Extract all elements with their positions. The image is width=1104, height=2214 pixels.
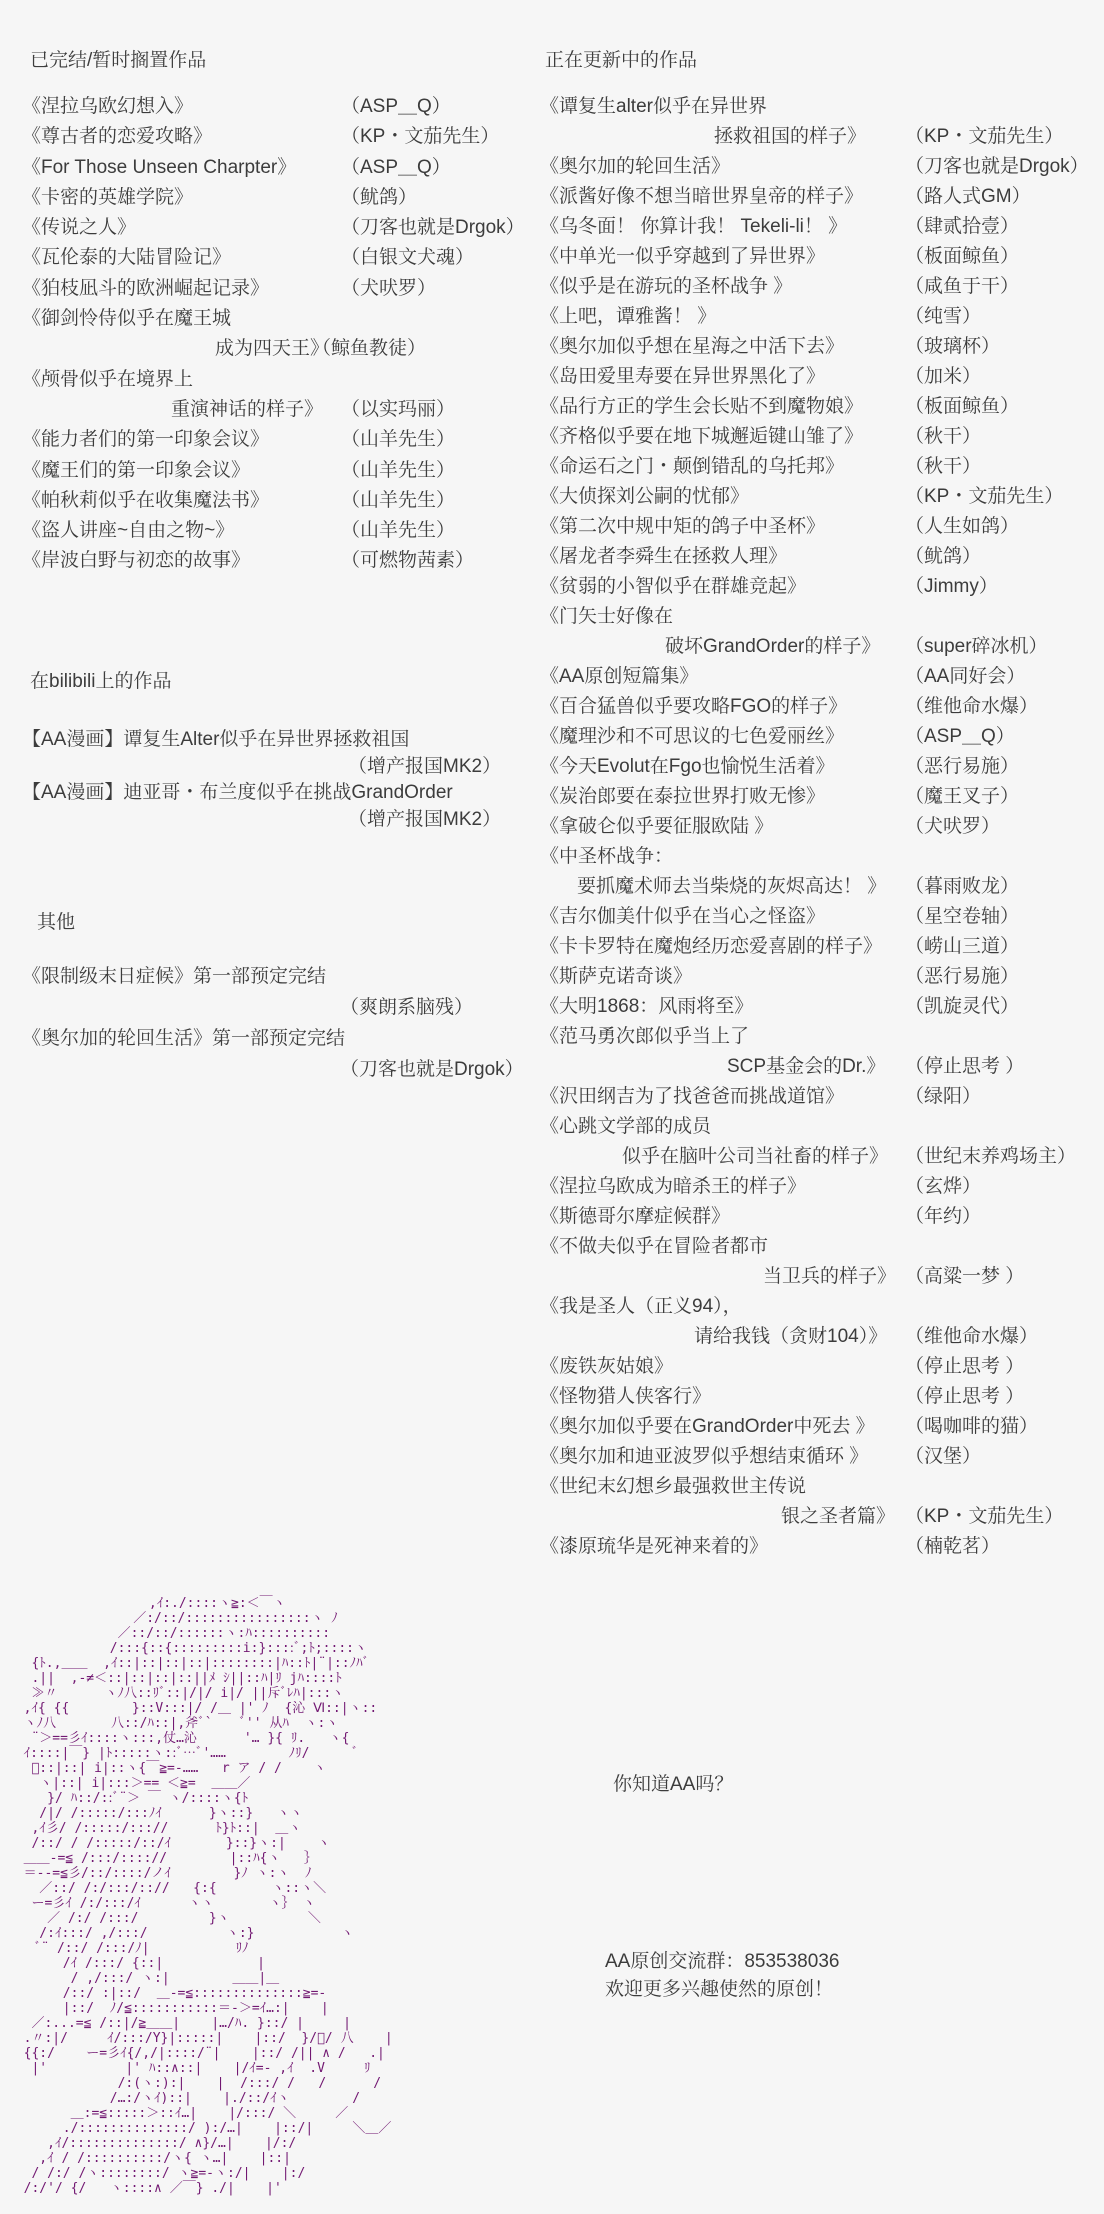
work-row: 《大侦探刘公嗣的忧郁》（KP・文茄先生） bbox=[540, 482, 1104, 512]
work-row: 《奥尔加的轮回生活》第一部预定完结 bbox=[22, 1023, 538, 1054]
work-title: 《命运石之门・颠倒错乱的乌托邦》 bbox=[540, 452, 844, 482]
work-row: （爽朗系脑残） bbox=[22, 992, 538, 1023]
work-row: 《屠龙者李舜生在拯救人理》（鱿鸽） bbox=[540, 542, 1104, 572]
work-row: 《能力者们的第一印象会议》（山羊先生） bbox=[22, 425, 538, 455]
work-row: 《涅拉乌欧成为暗杀王的样子》（玄烨） bbox=[540, 1172, 1104, 1202]
work-row: 《奥尔加的轮回生活》（刀客也就是Drgok） bbox=[540, 152, 1104, 182]
work-title: 《我是圣人（正义94）， bbox=[540, 1292, 742, 1322]
work-title: 《怪物猎人侠客行》 bbox=[540, 1382, 711, 1412]
work-author: （犬吠罗） bbox=[905, 812, 1000, 842]
ascii-art-character: ,ｲ:./::::ヽ≧:＜￣ヽ ／:/::/::::::::::::::::ヽ … bbox=[8, 1596, 393, 2196]
work-title: 《大侦探刘公嗣的忧郁》 bbox=[540, 482, 749, 512]
work-title: 《奥尔加似乎要在GrandOrder中死去 》 bbox=[540, 1412, 875, 1442]
work-row: 《传说之人》（刀客也就是Drgok） bbox=[22, 213, 538, 243]
work-row: 《上吧，谭雅酱！ 》（纯雪） bbox=[540, 302, 1104, 332]
work-row: 《乌冬面！ 你算计我！ Tekeli-li！ 》（肆贰拾壹） bbox=[540, 212, 1104, 242]
work-author: （ASP＿Q） bbox=[341, 92, 451, 122]
work-row: （增产报国MK2） bbox=[22, 754, 538, 781]
work-row: 《齐格似乎要在地下城邂逅键山雏了》（秋干） bbox=[540, 422, 1104, 452]
work-row: 《怪物猎人侠客行》（停止思考 ） bbox=[540, 1382, 1104, 1412]
work-title: 《品行方正的学生会长贴不到魔物娘》 bbox=[540, 392, 863, 422]
work-author: （汉堡） bbox=[905, 1442, 981, 1472]
work-title: 《贫弱的小智似乎在群雄竞起》 bbox=[540, 572, 806, 602]
work-row: 《岛田爱里寿要在异世界黑化了》（加米） bbox=[540, 362, 1104, 392]
work-title: 《今天Evolut在Fgo也愉悦生活着》 bbox=[540, 752, 835, 782]
work-title: 《中单光一似乎穿越到了异世界》 bbox=[540, 242, 825, 272]
work-row: 《瓦伦泰的大陆冒险记》（白银文犬魂） bbox=[22, 243, 538, 273]
work-row: 《世纪末幻想乡最强救世主传说 bbox=[540, 1472, 1104, 1502]
work-author: （super碎冰机） bbox=[905, 632, 1048, 662]
work-title: 《齐格似乎要在地下城邂逅键山雏了》 bbox=[540, 422, 863, 452]
work-row: （增产报国MK2） bbox=[22, 807, 538, 834]
work-title: 《颅骨似乎在境界上 bbox=[22, 365, 193, 395]
qq-group: AA原创交流群：853538036 bbox=[605, 1946, 839, 1973]
work-title: 《百合猛兽似乎要攻略FGO的样子》 bbox=[540, 692, 847, 722]
work-author: （玻璃杯） bbox=[905, 332, 1000, 362]
work-row: 要抓魔术师去当柴烧的灰烬高达！ 》（暮雨败龙） bbox=[540, 872, 1104, 902]
work-author: （玄烨） bbox=[905, 1172, 981, 1202]
work-author: （可燃物茜素） bbox=[341, 546, 474, 576]
work-title: 《斯德哥尔摩症候群》 bbox=[540, 1202, 730, 1232]
work-title: 《For Those Unseen Charpter》 bbox=[22, 153, 296, 183]
work-row: 《漆原琉华是死神来着的》（楠乾茗） bbox=[540, 1532, 1104, 1562]
work-row: 《御剑怜侍似乎在魔王城 bbox=[22, 304, 538, 334]
work-title: 《魔王们的第一印象会议》 bbox=[22, 456, 250, 486]
work-author: （山羊先生） bbox=[341, 456, 455, 486]
work-title: 《大明1868：风雨将至》 bbox=[540, 992, 753, 1022]
work-title: 《尊古者的恋爱攻略》 bbox=[22, 122, 212, 152]
work-title: 《拿破仑似乎要征服欧陆 》 bbox=[540, 812, 773, 842]
work-title: 《卡卡罗特在魔炮经历恋爱喜剧的样子》 bbox=[540, 932, 882, 962]
work-title: 《范马勇次郎似乎当上了 bbox=[540, 1022, 749, 1052]
work-title: 【AA漫画】谭复生Alter似乎在异世界拯救祖国 bbox=[22, 727, 409, 754]
work-title: 《吉尔伽美什似乎在当心之怪盗》 bbox=[540, 902, 825, 932]
work-title: 似乎在脑叶公司当社畜的样子》 bbox=[622, 1142, 888, 1172]
work-row: 《卡卡罗特在魔炮经历恋爱喜剧的样子》（崂山三道） bbox=[540, 932, 1104, 962]
work-author: （路人式GM） bbox=[905, 182, 1031, 212]
work-author: （鱿鸽） bbox=[341, 183, 417, 213]
work-title: 银之圣者篇》 bbox=[781, 1502, 895, 1532]
work-row: 拯救祖国的样子》（KP・文茄先生） bbox=[540, 122, 1104, 152]
work-row: 《岸波白野与初恋的故事》（可燃物茜素） bbox=[22, 546, 538, 576]
work-row: 《门矢士好像在 bbox=[540, 602, 1104, 632]
work-row: 《大明1868：风雨将至》（凯旋灵代） bbox=[540, 992, 1104, 1022]
work-author: （绿阳） bbox=[905, 1082, 981, 1112]
work-title: 《第二次中规中矩的鸽子中圣杯》 bbox=[540, 512, 825, 542]
work-title: 要抓魔术师去当柴烧的灰烬高达！ 》 bbox=[577, 872, 886, 902]
work-title: 《狛枝凪斗的欧洲崛起记录》 bbox=[22, 274, 269, 304]
completed-section-header: 已完结/暂时搁置作品 bbox=[30, 45, 206, 72]
page: { "page": {"bg": "#f6f6f6", "fg": "#3c3c… bbox=[0, 0, 1104, 2214]
work-row: 《中圣杯战争： bbox=[540, 842, 1104, 872]
work-author: （凯旋灵代） bbox=[905, 992, 1019, 1022]
work-row: 《似乎是在游玩的圣杯战争 》（咸鱼于干） bbox=[540, 272, 1104, 302]
work-author: （咸鱼于干） bbox=[905, 272, 1019, 302]
work-author: （维他命水爆） bbox=[905, 1322, 1038, 1352]
work-row: 《炭治郎要在泰拉世界打败无惨》（魔王叉子） bbox=[540, 782, 1104, 812]
work-row: 《我是圣人（正义94）， bbox=[540, 1292, 1104, 1322]
work-title: 《限制级末日症候》第一部预定完结 bbox=[22, 961, 326, 992]
work-author: （维他命水爆） bbox=[905, 692, 1038, 722]
work-title: 【AA漫画】迪亚哥・布兰度似乎在挑战GrandOrder bbox=[22, 780, 453, 807]
work-title: 《谭复生alter似乎在异世界 bbox=[540, 92, 767, 122]
work-author: （崂山三道） bbox=[905, 932, 1019, 962]
work-title: 破坏GrandOrder的样子》 bbox=[665, 632, 880, 662]
work-row: 银之圣者篇》（KP・文茄先生） bbox=[540, 1502, 1104, 1532]
work-row: 《盗人讲座~自由之物~》（山羊先生） bbox=[22, 516, 538, 546]
work-title: 《涅拉乌欧成为暗杀王的样子》 bbox=[540, 1172, 806, 1202]
work-title: 拯救祖国的样子》 bbox=[714, 122, 866, 152]
work-row: 《限制级末日症候》第一部预定完结 bbox=[22, 961, 538, 992]
work-title: 《AA原创短篇集》 bbox=[540, 662, 698, 692]
work-author: （魔王叉子） bbox=[905, 782, 1019, 812]
work-title: （爽朗系脑残） bbox=[340, 992, 473, 1023]
work-author: （楠乾茗） bbox=[905, 1532, 1000, 1562]
work-author: （犬吠罗） bbox=[341, 274, 436, 304]
work-author: （以实玛丽） bbox=[341, 395, 455, 425]
work-title: 《传说之人》 bbox=[22, 213, 136, 243]
work-row: 《魔理沙和不可思议的七色爱丽丝》（ASP＿Q） bbox=[540, 722, 1104, 752]
work-title: 《门矢士好像在 bbox=[540, 602, 673, 632]
work-title: 《盗人讲座~自由之物~》 bbox=[22, 516, 234, 546]
work-title: （增产报国MK2） bbox=[348, 754, 501, 781]
work-author: （停止思考 ） bbox=[905, 1382, 1024, 1412]
work-row: 《AA原创短篇集》（AA同好会） bbox=[540, 662, 1104, 692]
work-row: 《奥尔加似乎想在星海之中活下去》（玻璃杯） bbox=[540, 332, 1104, 362]
work-row: 《品行方正的学生会长贴不到魔物娘》（板面鲸鱼） bbox=[540, 392, 1104, 422]
work-author: （秋干） bbox=[905, 452, 981, 482]
bilibili-section-header: 在bilibili上的作品 bbox=[30, 666, 171, 693]
work-row: 《派酱好像不想当暗世界皇帝的样子》（路人式GM） bbox=[540, 182, 1104, 212]
work-author: （刀客也就是Drgok） bbox=[341, 213, 525, 243]
work-author: （Jimmy） bbox=[905, 572, 998, 602]
work-author: （恶行易施） bbox=[905, 752, 1019, 782]
completed-works-list: 《涅拉乌欧幻想入》（ASP＿Q）《尊古者的恋爱攻略》（KP・文茄先生）《For … bbox=[22, 92, 538, 577]
work-title: 《屠龙者李舜生在拯救人理》 bbox=[540, 542, 787, 572]
work-title: 《瓦伦泰的大陆冒险记》 bbox=[22, 243, 231, 273]
work-author: （年约） bbox=[905, 1202, 981, 1232]
work-row: 《斯德哥尔摩症候群》（年约） bbox=[540, 1202, 1104, 1232]
work-row: 《帕秋莉似乎在收集魔法书》（山羊先生） bbox=[22, 486, 538, 516]
work-author: （白银文犬魂） bbox=[341, 243, 474, 273]
work-author: （KP・文茄先生） bbox=[905, 482, 1063, 512]
work-title: 《世纪末幻想乡最强救世主传说 bbox=[540, 1472, 806, 1502]
updating-works-list: 《谭复生alter似乎在异世界拯救祖国的样子》（KP・文茄先生）《奥尔加的轮回生… bbox=[540, 92, 1104, 1562]
work-row: 似乎在脑叶公司当社畜的样子》（世纪末养鸡场主） bbox=[540, 1142, 1104, 1172]
work-title: 《奥尔加和迪亚波罗似乎想结束循环 》 bbox=[540, 1442, 868, 1472]
work-author: （星空卷轴） bbox=[905, 902, 1019, 932]
work-row: 《范马勇次郎似乎当上了 bbox=[540, 1022, 1104, 1052]
work-author: （停止思考 ） bbox=[905, 1352, 1024, 1382]
work-title: SCP基金会的Dr.》 bbox=[727, 1052, 885, 1082]
work-author: （肆贰拾壹） bbox=[905, 212, 1019, 242]
work-row: 《颅骨似乎在境界上 bbox=[22, 365, 538, 395]
work-author: （ASP＿Q） bbox=[341, 153, 451, 183]
work-row: 成为四天王》（鲸鱼教徒） bbox=[22, 334, 538, 364]
work-row: 《沢田纲吉为了找爸爸而挑战道馆》（绿阳） bbox=[540, 1082, 1104, 1112]
work-title: 《奥尔加似乎想在星海之中活下去》 bbox=[540, 332, 844, 362]
work-author: （暮雨败龙） bbox=[905, 872, 1019, 902]
work-row: 当卫兵的样子》（高粱一梦 ） bbox=[540, 1262, 1104, 1292]
work-row: （刀客也就是Drgok） bbox=[22, 1054, 538, 1085]
work-row: 《百合猛兽似乎要攻略FGO的样子》（维他命水爆） bbox=[540, 692, 1104, 722]
work-row: 【AA漫画】迪亚哥・布兰度似乎在挑战GrandOrder bbox=[22, 780, 538, 807]
work-title: 《心跳文学部的成员 bbox=[540, 1112, 711, 1142]
work-author: （鱿鸽） bbox=[905, 542, 981, 572]
work-title: 《岛田爱里寿要在异世界黑化了》 bbox=[540, 362, 825, 392]
work-author: （KP・文茄先生） bbox=[905, 1502, 1063, 1532]
work-row: 《卡密的英雄学院》（鱿鸽） bbox=[22, 183, 538, 213]
welcome-note: 欢迎更多兴趣使然的原创！ bbox=[605, 1974, 833, 2001]
work-row: 《奥尔加似乎要在GrandOrder中死去 》（喝咖啡的猫） bbox=[540, 1412, 1104, 1442]
work-title: 《御剑怜侍似乎在魔王城 bbox=[22, 304, 231, 334]
work-author: （鲸鱼教徒） bbox=[312, 334, 426, 364]
work-title: 《炭治郎要在泰拉世界打败无惨》 bbox=[540, 782, 825, 812]
work-author: （刀客也就是Drgok） bbox=[905, 152, 1089, 182]
work-title: 重演神话的样子》 bbox=[171, 395, 323, 425]
work-title: 《中圣杯战争： bbox=[540, 842, 673, 872]
other-works-list: 《限制级末日症候》第一部预定完结（爽朗系脑残）《奥尔加的轮回生活》第一部预定完结… bbox=[22, 961, 538, 1085]
work-row: 《中单光一似乎穿越到了异世界》（板面鲸鱼） bbox=[540, 242, 1104, 272]
work-title: 《派酱好像不想当暗世界皇帝的样子》 bbox=[540, 182, 863, 212]
work-row: 《尊古者的恋爱攻略》（KP・文茄先生） bbox=[22, 122, 538, 152]
work-row: 【AA漫画】谭复生Alter似乎在异世界拯救祖国 bbox=[22, 727, 538, 754]
work-row: 重演神话的样子》（以实玛丽） bbox=[22, 395, 538, 425]
updating-section-header: 正在更新中的作品 bbox=[545, 45, 697, 72]
work-author: （板面鲸鱼） bbox=[905, 392, 1019, 422]
work-title: 当卫兵的样子》 bbox=[763, 1262, 896, 1292]
work-row: 《命运石之门・颠倒错乱的乌托邦》（秋干） bbox=[540, 452, 1104, 482]
work-title: 《能力者们的第一印象会议》 bbox=[22, 425, 269, 455]
work-row: 《废铁灰姑娘》（停止思考 ） bbox=[540, 1352, 1104, 1382]
work-author: （板面鲸鱼） bbox=[905, 242, 1019, 272]
work-title: 《似乎是在游玩的圣杯战争 》 bbox=[540, 272, 792, 302]
work-title: 《上吧，谭雅酱！ 》 bbox=[540, 302, 716, 332]
work-row: 《不做夫似乎在冒险者都市 bbox=[540, 1232, 1104, 1262]
work-author: （加米） bbox=[905, 362, 981, 392]
work-author: （高粱一梦 ） bbox=[905, 1262, 1024, 1292]
work-title: 《魔理沙和不可思议的七色爱丽丝》 bbox=[540, 722, 844, 752]
work-author: （ASP＿Q） bbox=[905, 722, 1015, 752]
work-title: 《沢田纲吉为了找爸爸而挑战道馆》 bbox=[540, 1082, 844, 1112]
work-title: 请给我钱（贪财104）》 bbox=[694, 1322, 887, 1352]
work-title: （增产报国MK2） bbox=[348, 807, 501, 834]
work-author: （恶行易施） bbox=[905, 962, 1019, 992]
work-row: 《贫弱的小智似乎在群雄竞起》（Jimmy） bbox=[540, 572, 1104, 602]
work-author: （世纪末养鸡场主） bbox=[905, 1142, 1076, 1172]
work-row: 《谭复生alter似乎在异世界 bbox=[540, 92, 1104, 122]
work-title: 《漆原琉华是死神来着的》 bbox=[540, 1532, 768, 1562]
work-title: 《乌冬面！ 你算计我！ Tekeli-li！ 》 bbox=[540, 212, 847, 242]
work-row: 《魔王们的第一印象会议》（山羊先生） bbox=[22, 456, 538, 486]
work-title: （刀客也就是Drgok） bbox=[340, 1054, 524, 1085]
work-title: 《斯萨克诺奇谈》 bbox=[540, 962, 692, 992]
work-author: （山羊先生） bbox=[341, 516, 455, 546]
work-author: （人生如鸽） bbox=[905, 512, 1019, 542]
work-author: （KP・文茄先生） bbox=[341, 122, 499, 152]
work-title: 《废铁灰姑娘》 bbox=[540, 1352, 673, 1382]
other-section-header: 其他 bbox=[37, 907, 75, 934]
work-author: （山羊先生） bbox=[341, 425, 455, 455]
work-author: （喝咖啡的猫） bbox=[905, 1412, 1038, 1442]
work-author: （秋干） bbox=[905, 422, 981, 452]
work-row: 《斯萨克诺奇谈》（恶行易施） bbox=[540, 962, 1104, 992]
work-author: （AA同好会） bbox=[905, 662, 1025, 692]
work-row: 《For Those Unseen Charpter》（ASP＿Q） bbox=[22, 153, 538, 183]
work-author: （山羊先生） bbox=[341, 486, 455, 516]
work-row: 《心跳文学部的成员 bbox=[540, 1112, 1104, 1142]
work-row: 《第二次中规中矩的鸽子中圣杯》（人生如鸽） bbox=[540, 512, 1104, 542]
work-title: 《奥尔加的轮回生活》第一部预定完结 bbox=[22, 1023, 345, 1054]
work-row: 破坏GrandOrder的样子》（super碎冰机） bbox=[540, 632, 1104, 662]
work-title: 《岸波白野与初恋的故事》 bbox=[22, 546, 250, 576]
bilibili-works-list: 【AA漫画】谭复生Alter似乎在异世界拯救祖国（增产报国MK2）【AA漫画】迪… bbox=[22, 727, 538, 833]
work-row: 《狛枝凪斗的欧洲崛起记录》（犬吠罗） bbox=[22, 274, 538, 304]
work-row: 《奥尔加和迪亚波罗似乎想结束循环 》（汉堡） bbox=[540, 1442, 1104, 1472]
work-row: 请给我钱（贪财104）》（维他命水爆） bbox=[540, 1322, 1104, 1352]
work-author: （KP・文茄先生） bbox=[905, 122, 1063, 152]
work-row: 《今天Evolut在Fgo也愉悦生活着》（恶行易施） bbox=[540, 752, 1104, 782]
work-row: 《涅拉乌欧幻想入》（ASP＿Q） bbox=[22, 92, 538, 122]
work-title: 《帕秋莉似乎在收集魔法书》 bbox=[22, 486, 269, 516]
work-row: 《拿破仑似乎要征服欧陆 》（犬吠罗） bbox=[540, 812, 1104, 842]
aa-question: 你知道AA吗？ bbox=[613, 1769, 733, 1796]
work-title: 《奥尔加的轮回生活》 bbox=[540, 152, 730, 182]
work-author: （纯雪） bbox=[905, 302, 981, 332]
work-row: SCP基金会的Dr.》（停止思考 ） bbox=[540, 1052, 1104, 1082]
work-row: 《吉尔伽美什似乎在当心之怪盗》（星空卷轴） bbox=[540, 902, 1104, 932]
work-title: 《涅拉乌欧幻想入》 bbox=[22, 92, 193, 122]
work-title: 《卡密的英雄学院》 bbox=[22, 183, 193, 213]
work-author: （停止思考 ） bbox=[905, 1052, 1024, 1082]
work-title: 《不做夫似乎在冒险者都市 bbox=[540, 1232, 768, 1262]
